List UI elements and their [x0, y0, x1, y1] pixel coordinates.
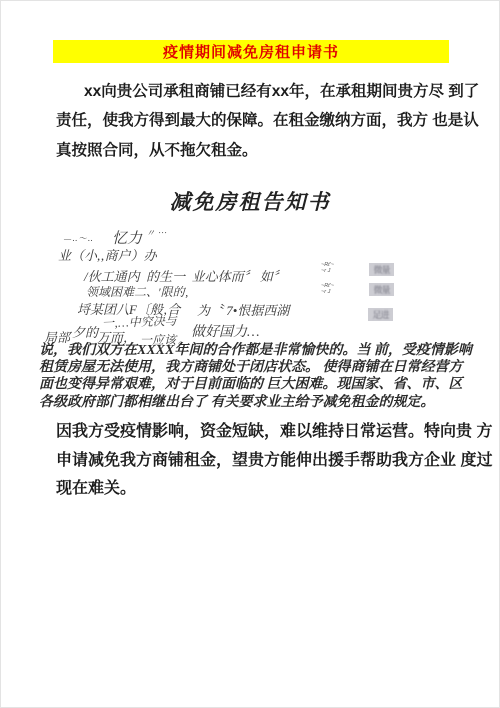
paragraph-line: 责任，使我方得到最大的保障。在租金缴纳方面，我方 也是认 — [56, 106, 479, 135]
banner-title: 疫情期间减免房租申请书 — [163, 41, 339, 62]
document-page: 疫情期间减免房租申请书 xx向贵公司承租商铺已经有xx年，在承租期间贵方尽 到了… — [0, 0, 500, 708]
scan-smudge: ~Rt'~ ~r J — [321, 262, 334, 274]
title-banner: 疫情期间减免房租申请书 — [53, 40, 449, 63]
application-paragraph: xx向贵公司承租商铺已经有xx年，在承租期间贵方尽 到了 责任，使我方得到最大的… — [56, 77, 479, 165]
stamp-text: 微量 — [373, 283, 389, 296]
scan-word: 夕的 — [72, 322, 98, 341]
paragraph-line: 面也变得异常艰难，对于目前面临的 巨大困难。现国家、省、市、区 — [39, 376, 472, 393]
cooperation-paragraph: 说，我们双方在XXXX年间的合作都是非常愉快的。当 前，受疫情影响 租赁房屋无法… — [39, 342, 472, 411]
blurred-stamp: 微量 — [369, 283, 394, 296]
scan-line: 领域困难二、′限的‚ — [86, 283, 189, 300]
paragraph-line: 说，我们双方在XXXX年间的合作都是非常愉快的。当 前，受疫情影响 — [39, 342, 472, 359]
notice-title: 减免房租告知书 — [1, 187, 499, 217]
scan-line: 为〝 7•恨据西湖 — [197, 300, 289, 319]
scan-word: 做好国力… — [191, 321, 259, 341]
stamp-text: 微量 — [373, 263, 389, 276]
paragraph-line: 真按照合同，从不拖欠租金。 — [56, 136, 479, 165]
paragraph-line: 因我方受疫情影响，资金短缺，难以维持日常运营。特向贵 方 — [56, 418, 492, 447]
scan-line: —‥〜‥ — [64, 233, 94, 244]
stamp-text: 足进 — [372, 308, 388, 321]
paragraph-line: 申请减免我方商铺租金，望贵方能伸出援手帮助我方企业 度过 — [56, 447, 492, 476]
request-paragraph: 因我方受疫情影响，资金短缺，难以维持日常运营。特向贵 方 申请减免我方商铺租金，… — [56, 418, 492, 504]
blurred-stamp: 足进 — [368, 308, 393, 321]
scan-line: 业（小,‚商户）办 — [58, 245, 157, 264]
scan-line: 〃 ⋯ — [146, 226, 166, 239]
scan-smudge: ~Rt'~ ~r J — [321, 283, 334, 295]
paragraph-line: 各级政府部门都相继出台了 有关要求业主给予减免租金的规定。 — [39, 394, 472, 411]
paragraph-line: 现在难关。 — [56, 475, 492, 504]
paragraph-line: xx向贵公司承租商铺已经有xx年，在承租期间贵方尽 到了 — [56, 77, 479, 106]
blurred-stamp: 微量 — [369, 263, 394, 276]
paragraph-line: 租赁房屋无法使用，我方商铺处于闭店状态。 使得商铺在日常经营方 — [39, 359, 472, 376]
